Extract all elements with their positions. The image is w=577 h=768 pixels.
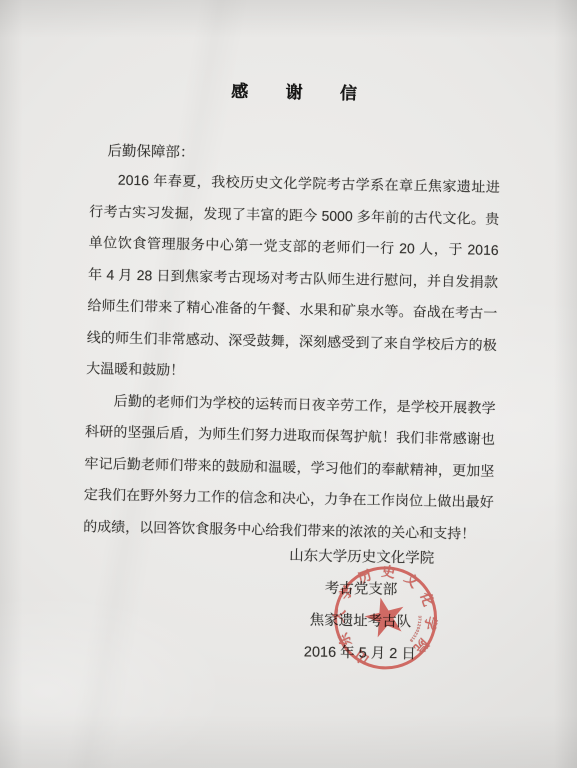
letter-title: 感谢信	[5, 73, 577, 109]
letter-body: 2016 年春夏，我校历史文化学院考古学系在章丘焦家遗址进行考古实习发掘，发现了…	[83, 164, 500, 550]
paragraph-2: 后勤的老师们为学校的运转而日夜辛劳工作，是学校开展教学科研的坚强后盾，为师生们努…	[83, 385, 496, 550]
paragraph-1: 2016 年春夏，我校历史文化学院考古学系在章丘焦家遗址进行考古实习发掘，发现了…	[86, 164, 500, 392]
letter-content: 感谢信 后勤保障部： 2016 年春夏，我校历史文化学院考古学系在章丘焦家遗址进…	[0, 0, 577, 768]
signature-date: 2016 年 5 月 2 日	[150, 633, 571, 673]
salutation: 后勤保障部：	[107, 139, 194, 162]
letter-photo: 感谢信 后勤保障部： 2016 年春夏，我校历史文化学院考古学系在章丘焦家遗址进…	[0, 0, 577, 768]
signature-block: 山东大学历史文化学院 考古党支部 焦家遗址考古队 2016 年 5 月 2 日	[150, 537, 572, 673]
